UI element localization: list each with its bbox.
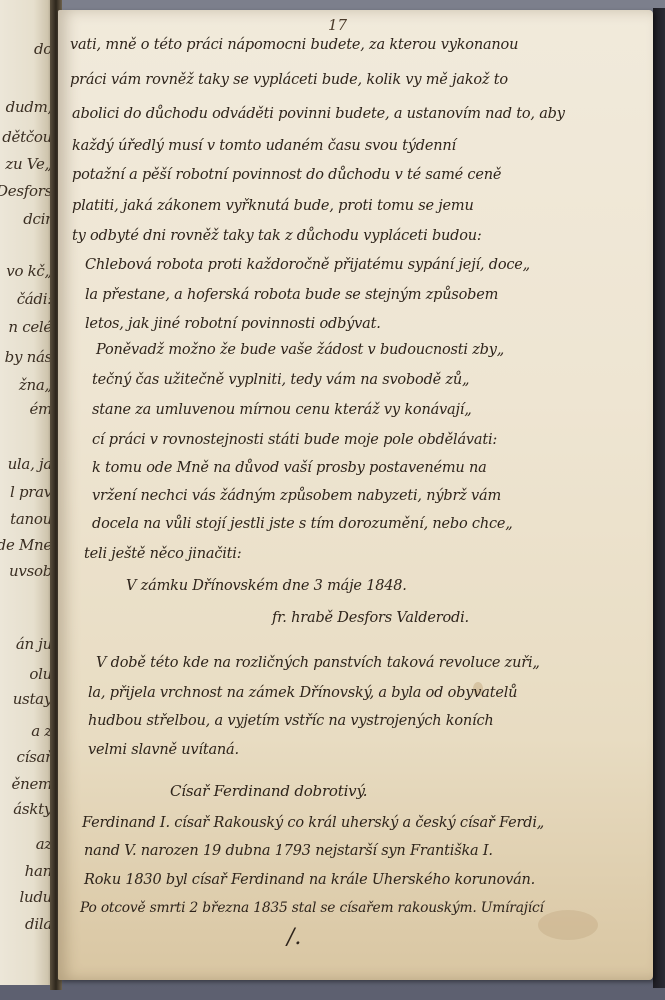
signature-place-date: V zámku Dřínovském dne 3 máje 1848. [126, 578, 407, 594]
text-line: V době této kde na rozličných panstvích … [96, 655, 540, 671]
left-fragment: a z [31, 722, 52, 740]
text-line: Poněvadž možno že bude vaše žádost v bud… [96, 342, 504, 358]
left-fragment: uvsob [9, 562, 52, 580]
left-fragment: de Mne [0, 536, 52, 554]
text-line: docela na vůli stojí jestli jste s tím d… [92, 516, 513, 532]
left-fragment: olu [29, 665, 52, 683]
text-line: vati, mně o této práci nápomocni budete,… [70, 37, 518, 53]
text-line: letos, jak jiné robotní povinnosti odbýv… [85, 316, 381, 332]
paper-stain [538, 910, 598, 940]
left-fragment: ém [29, 400, 52, 418]
text-line: potažní a pěší robotní povinnost do důch… [72, 167, 501, 183]
left-fragment: ěnem [12, 775, 52, 793]
left-fragment: císař [16, 748, 52, 766]
text-line: Chlebová robota proti každoročně přijaté… [85, 257, 530, 273]
left-fragment: žna„ [19, 376, 52, 394]
text-line: každý úředlý musí v tomto udaném času sv… [72, 138, 456, 154]
text-line: práci vám rovněž taky se vypláceti bude,… [70, 72, 508, 88]
text-line: tečný čas užitečně vyplniti, tedy vám na… [92, 372, 469, 388]
left-fragment: dětčou [2, 128, 52, 146]
left-fragment: l prav [10, 483, 52, 501]
left-fragment: vo kč„ [6, 262, 52, 280]
text-line: ty odbyté dni rovněž taky tak z důchodu … [72, 228, 482, 244]
text-line: abolici do důchodu odváděti povinni bude… [72, 106, 565, 122]
end-mark: /. [287, 925, 301, 950]
left-fragment: čádi: [17, 290, 52, 308]
left-fragment: n celé [8, 318, 52, 336]
text-line: la, přijela vrchnost na zámek Dřínovský,… [88, 685, 517, 701]
text-line: vržení nechci vás žádným způsobem nabyze… [92, 488, 501, 504]
left-fragment: ula, ja [8, 455, 52, 473]
section-title: Císař Ferdinand dobrotivý. [170, 782, 367, 800]
text-line: velmi slavně uvítaná. [88, 742, 239, 758]
book-cover-edge [653, 8, 665, 988]
text-line: la přestane, a hoferská robota bude se s… [85, 287, 498, 303]
left-fragment: dudm, [6, 98, 52, 116]
page-number: 17 [328, 16, 347, 34]
text-line: Roku 1830 byl císař Ferdinand na krále U… [84, 872, 535, 888]
text-line: hudbou střelbou, a vyjetím vstříc na vys… [88, 713, 494, 729]
left-fragment: dila [25, 915, 52, 933]
left-fragment: zu Ve„ [5, 155, 52, 173]
left-fragment: ustay [13, 690, 52, 708]
text-line: teli ještě něco jinačiti: [84, 546, 241, 562]
text-line: Ferdinand I. císař Rakouský co král uher… [82, 815, 544, 831]
text-line: platiti, jaká zákonem vyřknutá bude, pro… [72, 198, 474, 214]
left-fragment: ludu [19, 888, 52, 906]
text-line: k tomu ode Mně na důvod vaší prosby post… [92, 460, 487, 476]
left-fragment: by nás [5, 348, 52, 366]
left-fragment: dcir [23, 210, 52, 228]
left-page-edge: do dudm, dětčou zu Ve„ Desfors dcir vo k… [0, 0, 56, 985]
text-line: stane za umluvenou mírnou cenu kteráž vy… [92, 402, 472, 418]
text-line: Po otcově smrti 2 března 1835 stal se cí… [80, 900, 544, 916]
left-fragment: Desfors [0, 182, 52, 200]
text-line: cí práci v rovnostejnosti státi bude moj… [92, 432, 497, 448]
left-fragment: han [25, 862, 52, 880]
text-line: nand V. narozen 19 dubna 1793 nejstarší … [84, 843, 493, 859]
left-fragment: tanou [10, 510, 52, 528]
signature-name: fr. hrabě Desfors Valderodi. [272, 610, 469, 626]
left-fragment: án ju [16, 635, 52, 653]
left-fragment: áskty [13, 800, 52, 818]
